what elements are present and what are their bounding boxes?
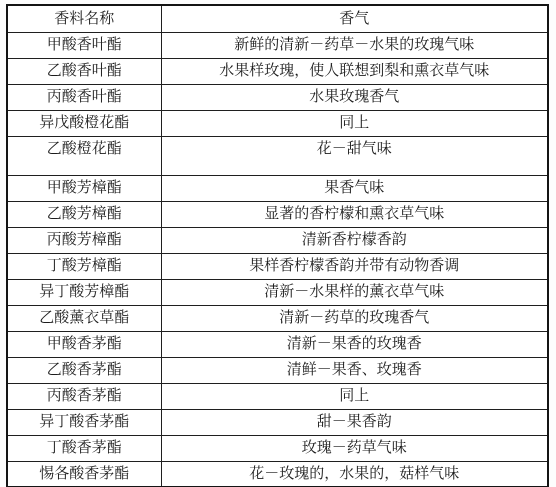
fragrance-name-cell: 丙酸香茅酯 xyxy=(7,383,161,409)
table-row: 甲酸香茅酯清新－果香的玫瑰香 xyxy=(7,331,548,357)
table-header-row: 香料名称 香气 xyxy=(7,5,548,32)
aroma-cell: 水果样玫瑰，使人联想到梨和熏衣草气味 xyxy=(161,58,548,84)
fragrance-name-cell: 异丁酸香茅酯 xyxy=(7,409,161,435)
aroma-cell: 清新香柠檬香韵 xyxy=(161,227,548,253)
table-row: 丙酸香茅酯同上 xyxy=(7,383,548,409)
header-fragrance-name: 香料名称 xyxy=(7,5,161,32)
fragrance-name-cell: 丙酸香叶酯 xyxy=(7,84,161,110)
fragrance-name-cell: 乙酸香叶酯 xyxy=(7,58,161,84)
table-row: 异丁酸芳樟酯清新－水果样的薰衣草气味 xyxy=(7,279,548,305)
aroma-cell: 花－甜气味 xyxy=(161,136,548,175)
aroma-cell: 同上 xyxy=(161,110,548,136)
aroma-cell: 清新－果香的玫瑰香 xyxy=(161,331,548,357)
table-row: 惕各酸香茅酯花－玫瑰的，水果的，菇样气味 xyxy=(7,461,548,487)
aroma-cell: 花－玫瑰的，水果的，菇样气味 xyxy=(161,461,548,487)
table-row: 乙酸芳樟酯显著的香柠檬和熏衣草气味 xyxy=(7,201,548,227)
header-aroma: 香气 xyxy=(161,5,548,32)
fragrance-name-cell: 惕各酸香茅酯 xyxy=(7,461,161,487)
aroma-cell: 清鲜－果香、玫瑰香 xyxy=(161,357,548,383)
table-row: 乙酸香茅酯清鲜－果香、玫瑰香 xyxy=(7,357,548,383)
table-row: 异戊酸橙花酯同上 xyxy=(7,110,548,136)
table-row: 丁酸芳樟酯果样香柠檬香韵并带有动物香调 xyxy=(7,253,548,279)
aroma-cell: 果样香柠檬香韵并带有动物香调 xyxy=(161,253,548,279)
fragrance-name-cell: 丁酸香茅酯 xyxy=(7,435,161,461)
aroma-cell: 甜－果香韵 xyxy=(161,409,548,435)
fragrance-name-cell: 乙酸香茅酯 xyxy=(7,357,161,383)
table-row: 甲酸香叶酯新鲜的清新－药草－水果的玫瑰气味 xyxy=(7,32,548,58)
fragrance-name-cell: 乙酸橙花酯 xyxy=(7,136,161,175)
table-row: 乙酸橙花酯花－甜气味 xyxy=(7,136,548,175)
table-body: 甲酸香叶酯新鲜的清新－药草－水果的玫瑰气味乙酸香叶酯水果样玫瑰，使人联想到梨和熏… xyxy=(7,32,548,487)
aroma-cell: 水果玫瑰香气 xyxy=(161,84,548,110)
fragrance-name-cell: 丙酸芳樟酯 xyxy=(7,227,161,253)
fragrance-name-cell: 甲酸香叶酯 xyxy=(7,32,161,58)
table-row: 丙酸香叶酯水果玫瑰香气 xyxy=(7,84,548,110)
fragrance-name-cell: 乙酸芳樟酯 xyxy=(7,201,161,227)
aroma-cell: 同上 xyxy=(161,383,548,409)
aroma-cell: 玫瑰－药草气味 xyxy=(161,435,548,461)
table-row: 异丁酸香茅酯甜－果香韵 xyxy=(7,409,548,435)
table-row: 乙酸薰衣草酯清新－药草的玫瑰香气 xyxy=(7,305,548,331)
aroma-cell: 新鲜的清新－药草－水果的玫瑰气味 xyxy=(161,32,548,58)
fragrance-name-cell: 丁酸芳樟酯 xyxy=(7,253,161,279)
fragrance-name-cell: 乙酸薰衣草酯 xyxy=(7,305,161,331)
aroma-cell: 清新－水果样的薰衣草气味 xyxy=(161,279,548,305)
aroma-cell: 果香气味 xyxy=(161,175,548,201)
fragrance-aroma-table: 香料名称 香气 甲酸香叶酯新鲜的清新－药草－水果的玫瑰气味乙酸香叶酯水果样玫瑰，… xyxy=(6,4,549,487)
document-page: 香料名称 香气 甲酸香叶酯新鲜的清新－药草－水果的玫瑰气味乙酸香叶酯水果样玫瑰，… xyxy=(0,0,556,487)
aroma-cell: 清新－药草的玫瑰香气 xyxy=(161,305,548,331)
table-row: 丙酸芳樟酯清新香柠檬香韵 xyxy=(7,227,548,253)
table-row: 甲酸芳樟酯果香气味 xyxy=(7,175,548,201)
fragrance-name-cell: 甲酸香茅酯 xyxy=(7,331,161,357)
fragrance-name-cell: 甲酸芳樟酯 xyxy=(7,175,161,201)
aroma-cell: 显著的香柠檬和熏衣草气味 xyxy=(161,201,548,227)
table-row: 丁酸香茅酯玫瑰－药草气味 xyxy=(7,435,548,461)
table-row: 乙酸香叶酯水果样玫瑰，使人联想到梨和熏衣草气味 xyxy=(7,58,548,84)
fragrance-name-cell: 异丁酸芳樟酯 xyxy=(7,279,161,305)
fragrance-name-cell: 异戊酸橙花酯 xyxy=(7,110,161,136)
